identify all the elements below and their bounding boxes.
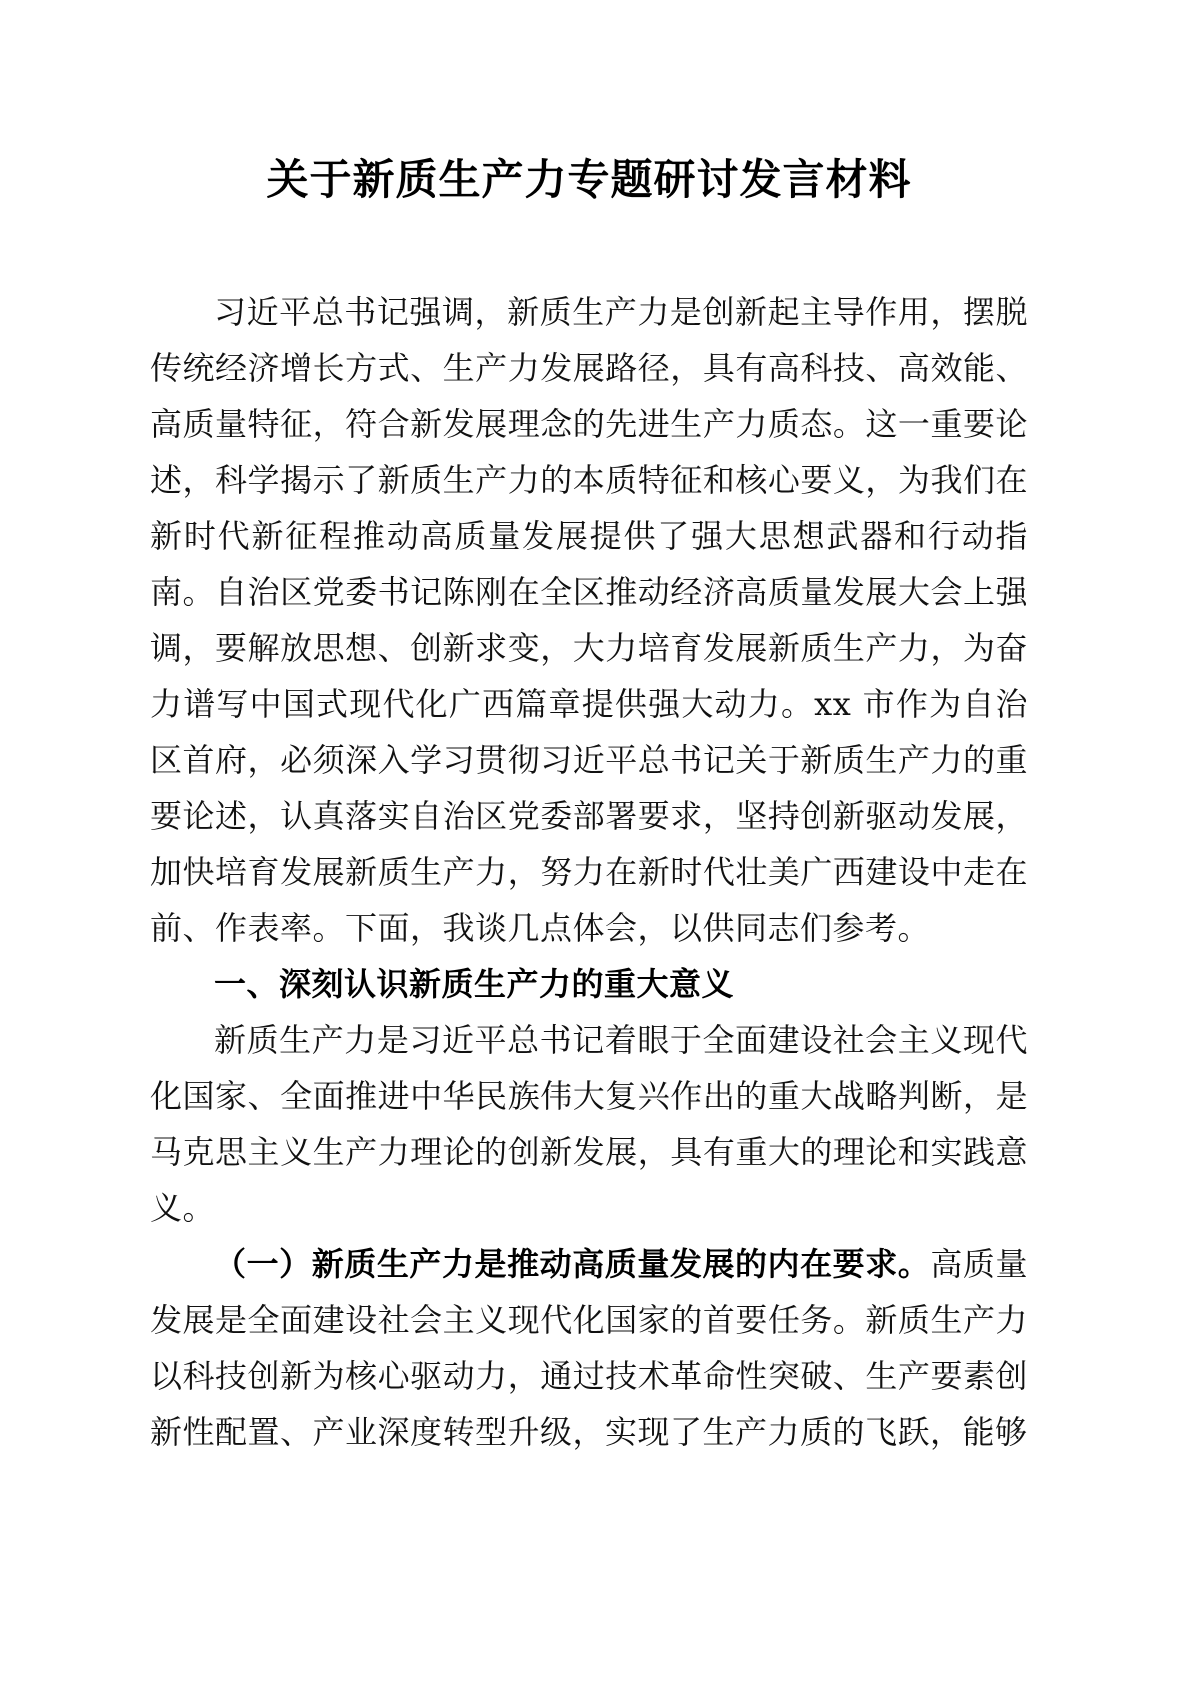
intro-paragraph-text: 习近平总书记强调，新质生产力是创新起主导作用，摆脱传统经济增长方式、生产力发展路…: [150, 293, 1028, 947]
document-body: 习近平总书记强调，新质生产力是创新起主导作用，摆脱传统经济增长方式、生产力发展路…: [150, 284, 1028, 1460]
section-heading-1: 一、深刻认识新质生产力的重大意义: [150, 956, 1028, 1012]
document-page: 关于新质生产力专题研讨发言材料 习近平总书记强调，新质生产力是创新起主导作用，摆…: [0, 0, 1190, 1683]
intro-paragraph: 习近平总书记强调，新质生产力是创新起主导作用，摆脱传统经济增长方式、生产力发展路…: [150, 284, 1028, 956]
section-heading-1-text: 一、深刻认识新质生产力的重大意义: [214, 965, 734, 1003]
subsection-1-paragraph: （一）新质生产力是推动高质量发展的内在要求。高质量发展是全面建设社会主义现代化国…: [150, 1236, 1028, 1460]
subsection-1-lead: （一）新质生产力是推动高质量发展的内在要求。: [214, 1245, 930, 1283]
document-title: 关于新质生产力专题研讨发言材料: [150, 148, 1028, 212]
section-1-paragraph: 新质生产力是习近平总书记着眼于全面建设社会主义现代化国家、全面推进中华民族伟大复…: [150, 1012, 1028, 1236]
section-1-paragraph-text: 新质生产力是习近平总书记着眼于全面建设社会主义现代化国家、全面推进中华民族伟大复…: [150, 1021, 1028, 1227]
